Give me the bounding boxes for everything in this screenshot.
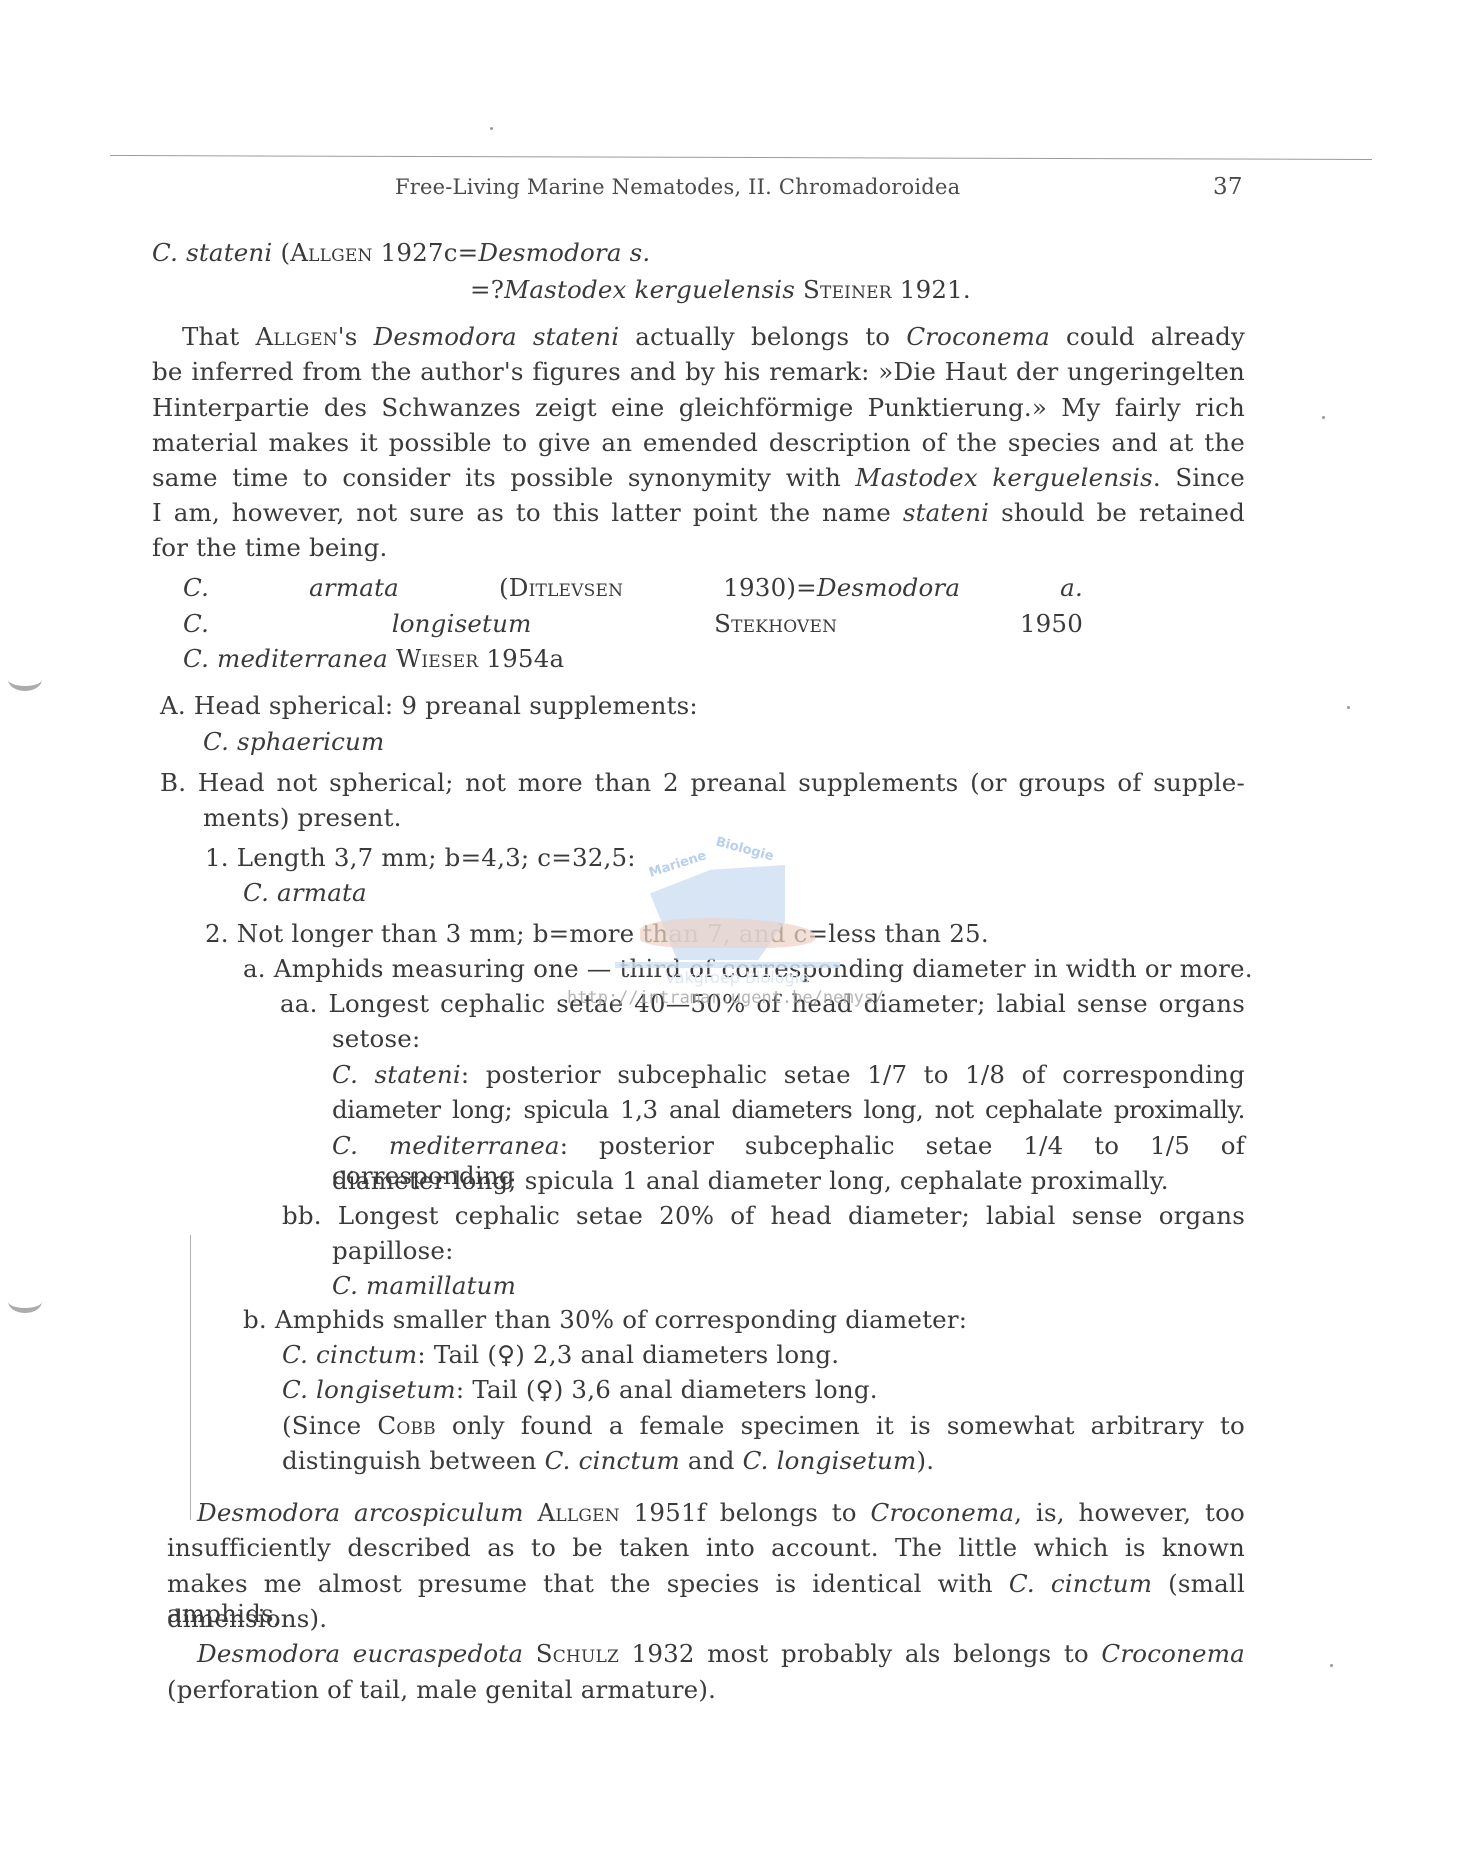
key-b1-result: C. armata [243, 878, 367, 908]
page-number: 37 [1213, 172, 1243, 202]
key-longisetum: C. longisetum: Tail (♀) 3,6 anal diamete… [282, 1375, 878, 1405]
key-b2: 2. Not longer than 3 mm; b=more than 7, … [205, 919, 989, 949]
text-line: material makes it possible to give an em… [152, 428, 1245, 458]
watermark-url: http://intramar.ugent.be/nemys/ [567, 988, 884, 1008]
key-note-line-1: (Since Cobb only found a female specimen… [282, 1411, 1245, 1441]
key-b2bb-line-1: bb. Longest cephalic setae 20% of head d… [282, 1201, 1245, 1231]
key-b2b: b. Amphids smaller than 30% of correspon… [243, 1305, 967, 1335]
header-rule [110, 155, 1372, 160]
binder-hole-mark-icon [8, 668, 42, 691]
key-a-result: C. sphaericum [203, 727, 384, 757]
text-line: be inferred from the author's figures an… [152, 357, 1245, 387]
binder-hole-mark-icon [8, 1290, 42, 1313]
text-line: same time to consider its possible synon… [152, 463, 1245, 493]
key-b-line-2: ments) present. [203, 803, 402, 833]
text-line: makes me almost presume that the species… [167, 1569, 1245, 1629]
scan-speck [1347, 706, 1350, 709]
key-b2bb-result: C. mamillatum [332, 1271, 516, 1301]
key-note-line-2: distinguish between C. cinctum and C. lo… [282, 1446, 934, 1476]
text-line: Desmodora eucraspedota Schulz 1932 most … [197, 1639, 1245, 1669]
key-stateni-line-2: diameter long; spicula 1,3 anal diameter… [332, 1095, 1245, 1125]
text-line: Hinterpartie des Schwanzes zeigt eine gl… [152, 393, 1245, 423]
text-line: dimensions). [167, 1604, 327, 1634]
key-b1: 1. Length 3,7 mm; b=4,3; c=32,5: [205, 843, 636, 873]
key-stateni-line-1: C. stateni: posterior subcephalic setae … [332, 1060, 1245, 1090]
text-line: Desmodora arcospiculum Allgen 1951f belo… [197, 1498, 1245, 1528]
text-line: C. armata (Ditlevsen 1930)=Desmodora a. [183, 573, 1083, 603]
watermark-text-biologie: Biologie [714, 835, 775, 865]
key-b-line-1: B. Head not spherical; not more than 2 p… [160, 768, 1245, 798]
key-b2bb-line-2: papillose: [332, 1236, 454, 1266]
margin-line [190, 1235, 191, 1520]
text-line: That Allgen's Desmodora stateni actually… [182, 322, 1245, 352]
scan-speck [1330, 1664, 1333, 1667]
synonymy-line-1: C. stateni (Allgen 1927c=Desmodora s. [152, 238, 650, 268]
text-line: (perforation of tail, male genital armat… [167, 1675, 716, 1705]
text-line: insufficiently described as to be taken … [167, 1533, 1245, 1563]
key-mediterranea-line-2: diameter long; spicula 1 anal diameter l… [332, 1166, 1169, 1196]
watermark-text-vakgroep: Vakgroep Biologie [665, 968, 809, 987]
scan-speck [1322, 416, 1325, 419]
text-line: for the time being. [152, 533, 388, 563]
running-title: Free-Living Marine Nematodes, II. Chroma… [395, 172, 960, 202]
scan-speck [490, 127, 493, 130]
key-a: A. Head spherical: 9 preanal supplements… [160, 691, 698, 721]
key-b2aa-line-2: setose: [332, 1024, 420, 1054]
synonymy-line-2: =?Mastodex kerguelensis Steiner 1921. [470, 275, 971, 305]
text-line: C. longisetum Stekhoven 1950 [183, 609, 1083, 639]
text-line: I am, however, not sure as to this latte… [152, 498, 1245, 528]
text-line: C. mediterranea Wieser 1954a [183, 644, 564, 674]
scanned-page: Free-Living Marine Nematodes, II. Chroma… [0, 0, 1474, 1875]
key-cinctum: C. cinctum: Tail (♀) 2,3 anal diameters … [282, 1340, 839, 1370]
